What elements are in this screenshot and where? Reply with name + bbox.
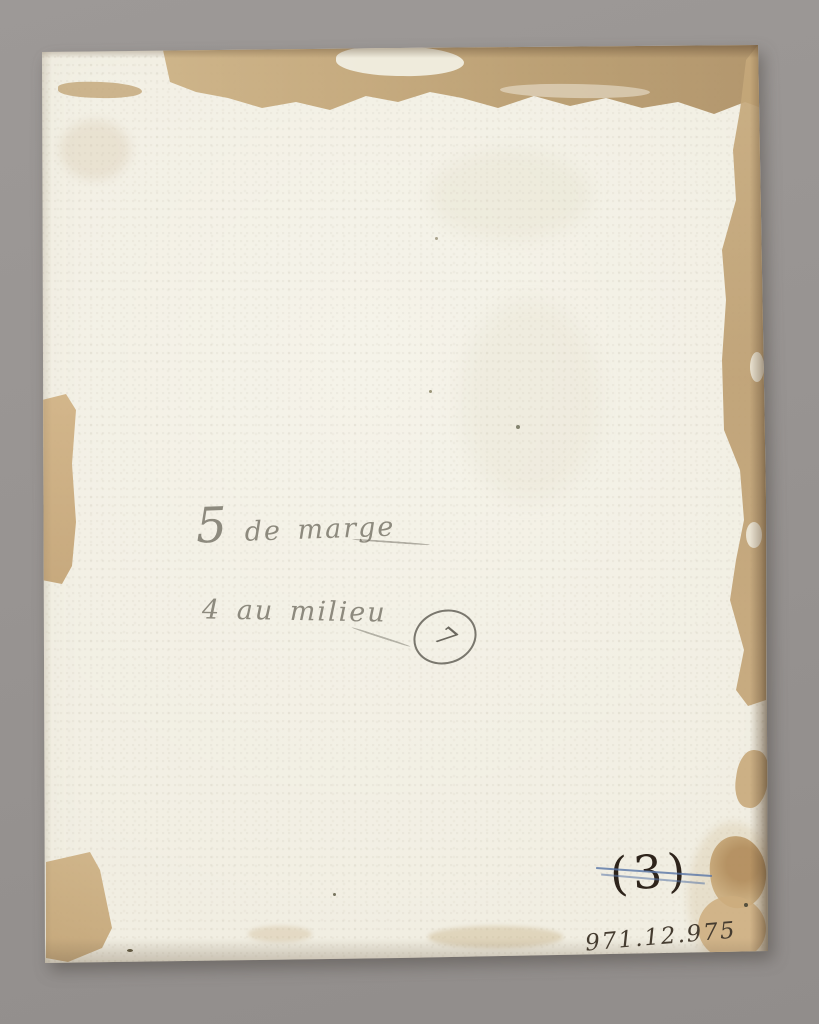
- gray-backdrop: 5 de marge 4 au milieu 7 (3) 971.12.975: [0, 0, 819, 1024]
- speck: [435, 237, 438, 240]
- card-edge-left: [42, 44, 52, 964]
- speck: [333, 893, 336, 896]
- mottling-middle: [460, 300, 600, 500]
- speck: [744, 903, 748, 907]
- mottling-upper: [430, 150, 590, 240]
- card-edge-top: [42, 44, 768, 58]
- photo-verso-card: 5 de marge 4 au milieu 7 (3) 971.12.975: [0, 0, 819, 1024]
- pencil-inscription-line2: 4 au milieu: [202, 594, 387, 628]
- card-edge-right: [750, 44, 768, 956]
- pencil-inscription-line1: 5 de marge: [195, 503, 395, 550]
- stain-top-left: [60, 120, 130, 180]
- circled-number-value: 7: [428, 620, 461, 655]
- pencil-flourish-tail: [351, 626, 411, 647]
- speck: [429, 390, 432, 393]
- circled-number: 7: [406, 601, 484, 672]
- speck: [516, 425, 520, 429]
- tape-smear-top-left: [58, 81, 142, 98]
- card-shadow-wrap: 5 de marge 4 au milieu 7 (3) 971.12.975: [0, 0, 819, 1024]
